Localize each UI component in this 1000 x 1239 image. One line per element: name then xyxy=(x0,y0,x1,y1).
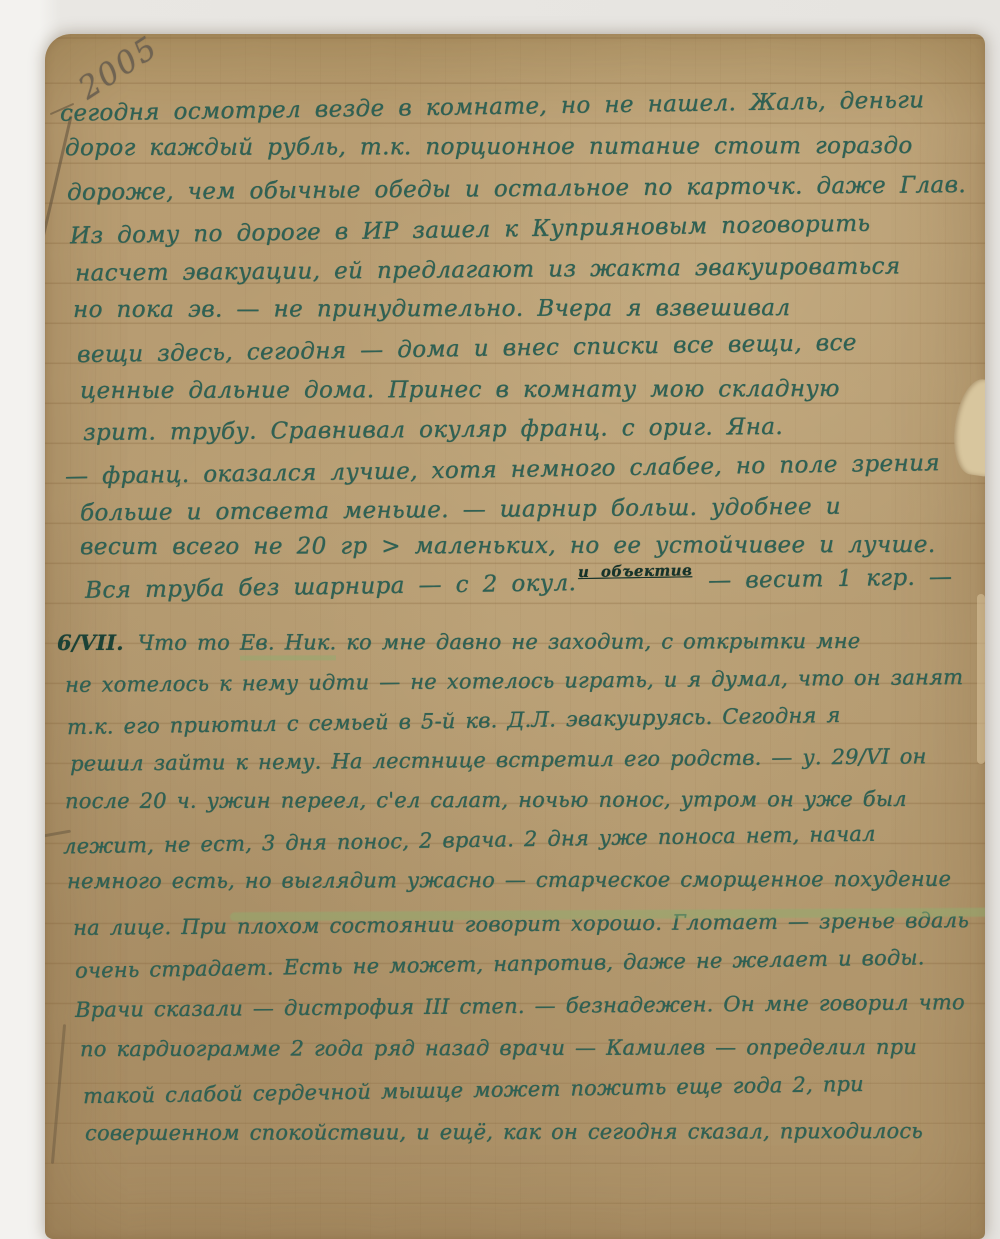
line-text: ко мне давно не заходит, с открытки мне xyxy=(336,629,860,654)
line-text: Что то xyxy=(138,631,240,655)
entry-date: 6/VII. xyxy=(57,630,124,655)
handwritten-line: ценные дальние дома. Принес в комнату мо… xyxy=(80,376,840,404)
line-text: — весит 1 кгр. — xyxy=(694,564,952,594)
inline-insertion-dark-ink: и объектив xyxy=(578,561,692,581)
handwritten-line: по кардиограмме 2 года ряд назад врачи —… xyxy=(80,1035,917,1061)
handwritten-line: после 20 ч. ужин переел, с'ел салат, ноч… xyxy=(65,787,907,813)
handwritten-line: дорог каждый рубль, т.к. порционное пита… xyxy=(65,133,913,161)
paper-edge-streak xyxy=(977,594,985,764)
scan-background: { "document": { "kind": "handwritten-dia… xyxy=(0,0,1000,1239)
diary-entry-first-line: 6/VII.Что то Ев. Ник. ко мне давно не за… xyxy=(57,628,860,655)
handwritten-line: весит всего не 20 гр > маленьких, но ее … xyxy=(80,532,936,560)
underlined-name: Ев. Ник. xyxy=(240,630,337,660)
handwritten-line: совершенном спокойствии, и ещё, как он с… xyxy=(85,1119,923,1145)
diary-page: 2005 сегодня осмотрел везде в комнате, н… xyxy=(45,34,985,1239)
handwritten-line: но пока эв. — не принудительно. Вчера я … xyxy=(73,295,790,323)
handwritten-line: немного есть, но выглядит ужасно — старч… xyxy=(67,867,951,893)
